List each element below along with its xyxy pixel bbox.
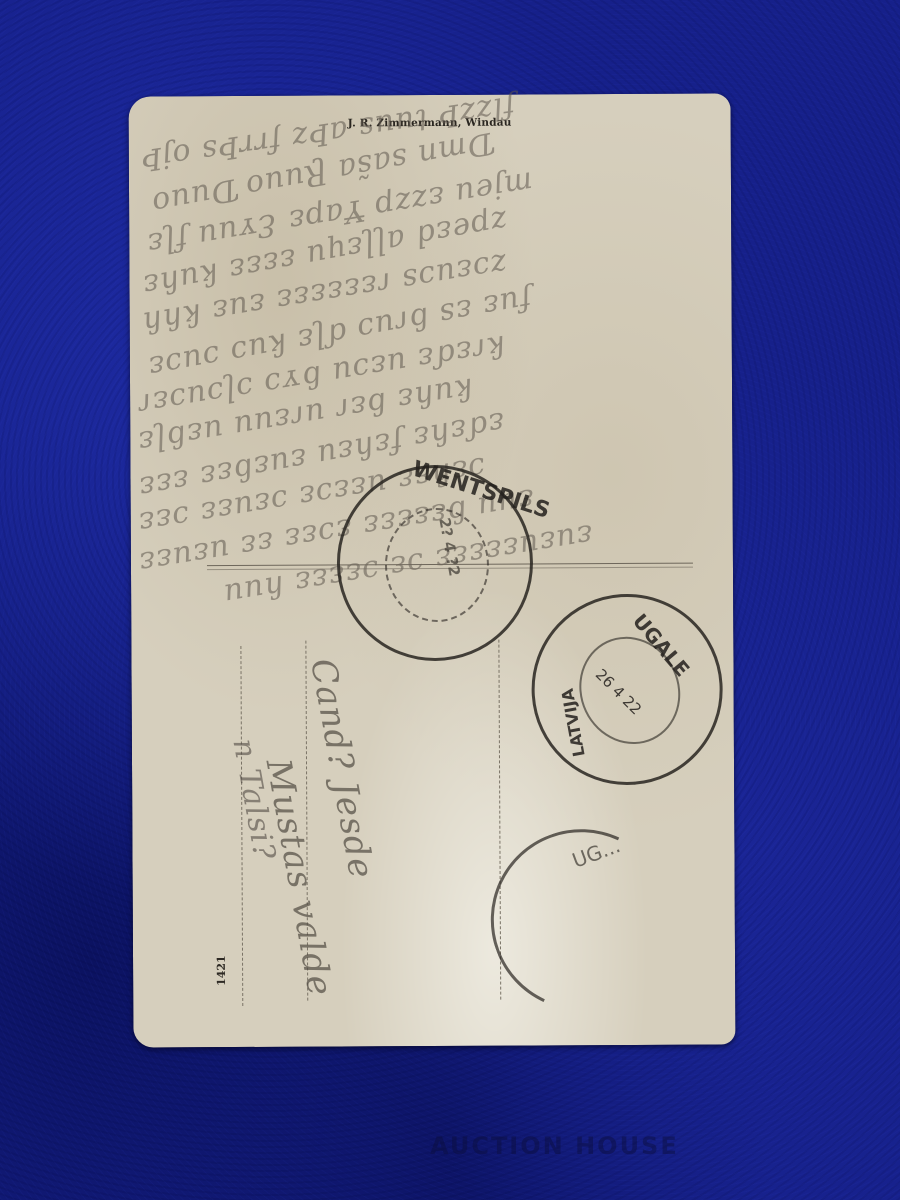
address-line-street: Cand? Jesde [302,655,381,882]
postmark-town: UG... [569,833,623,873]
publisher-imprint: J. R. Zimmermann, Windau [129,115,731,130]
postcard: J. R. Zimmermann, Windau ƒlzzÞ tuus aÞz … [129,93,736,1047]
print-number: 1421 [215,955,228,986]
postmark-ugale: UGALE LATVIJA 26 4 22 [500,562,754,816]
auction-watermark: AUCTION HOUSE [430,1132,679,1160]
postmark-wentspils: WENTSPILS 2? 4 ?2 [336,464,533,661]
